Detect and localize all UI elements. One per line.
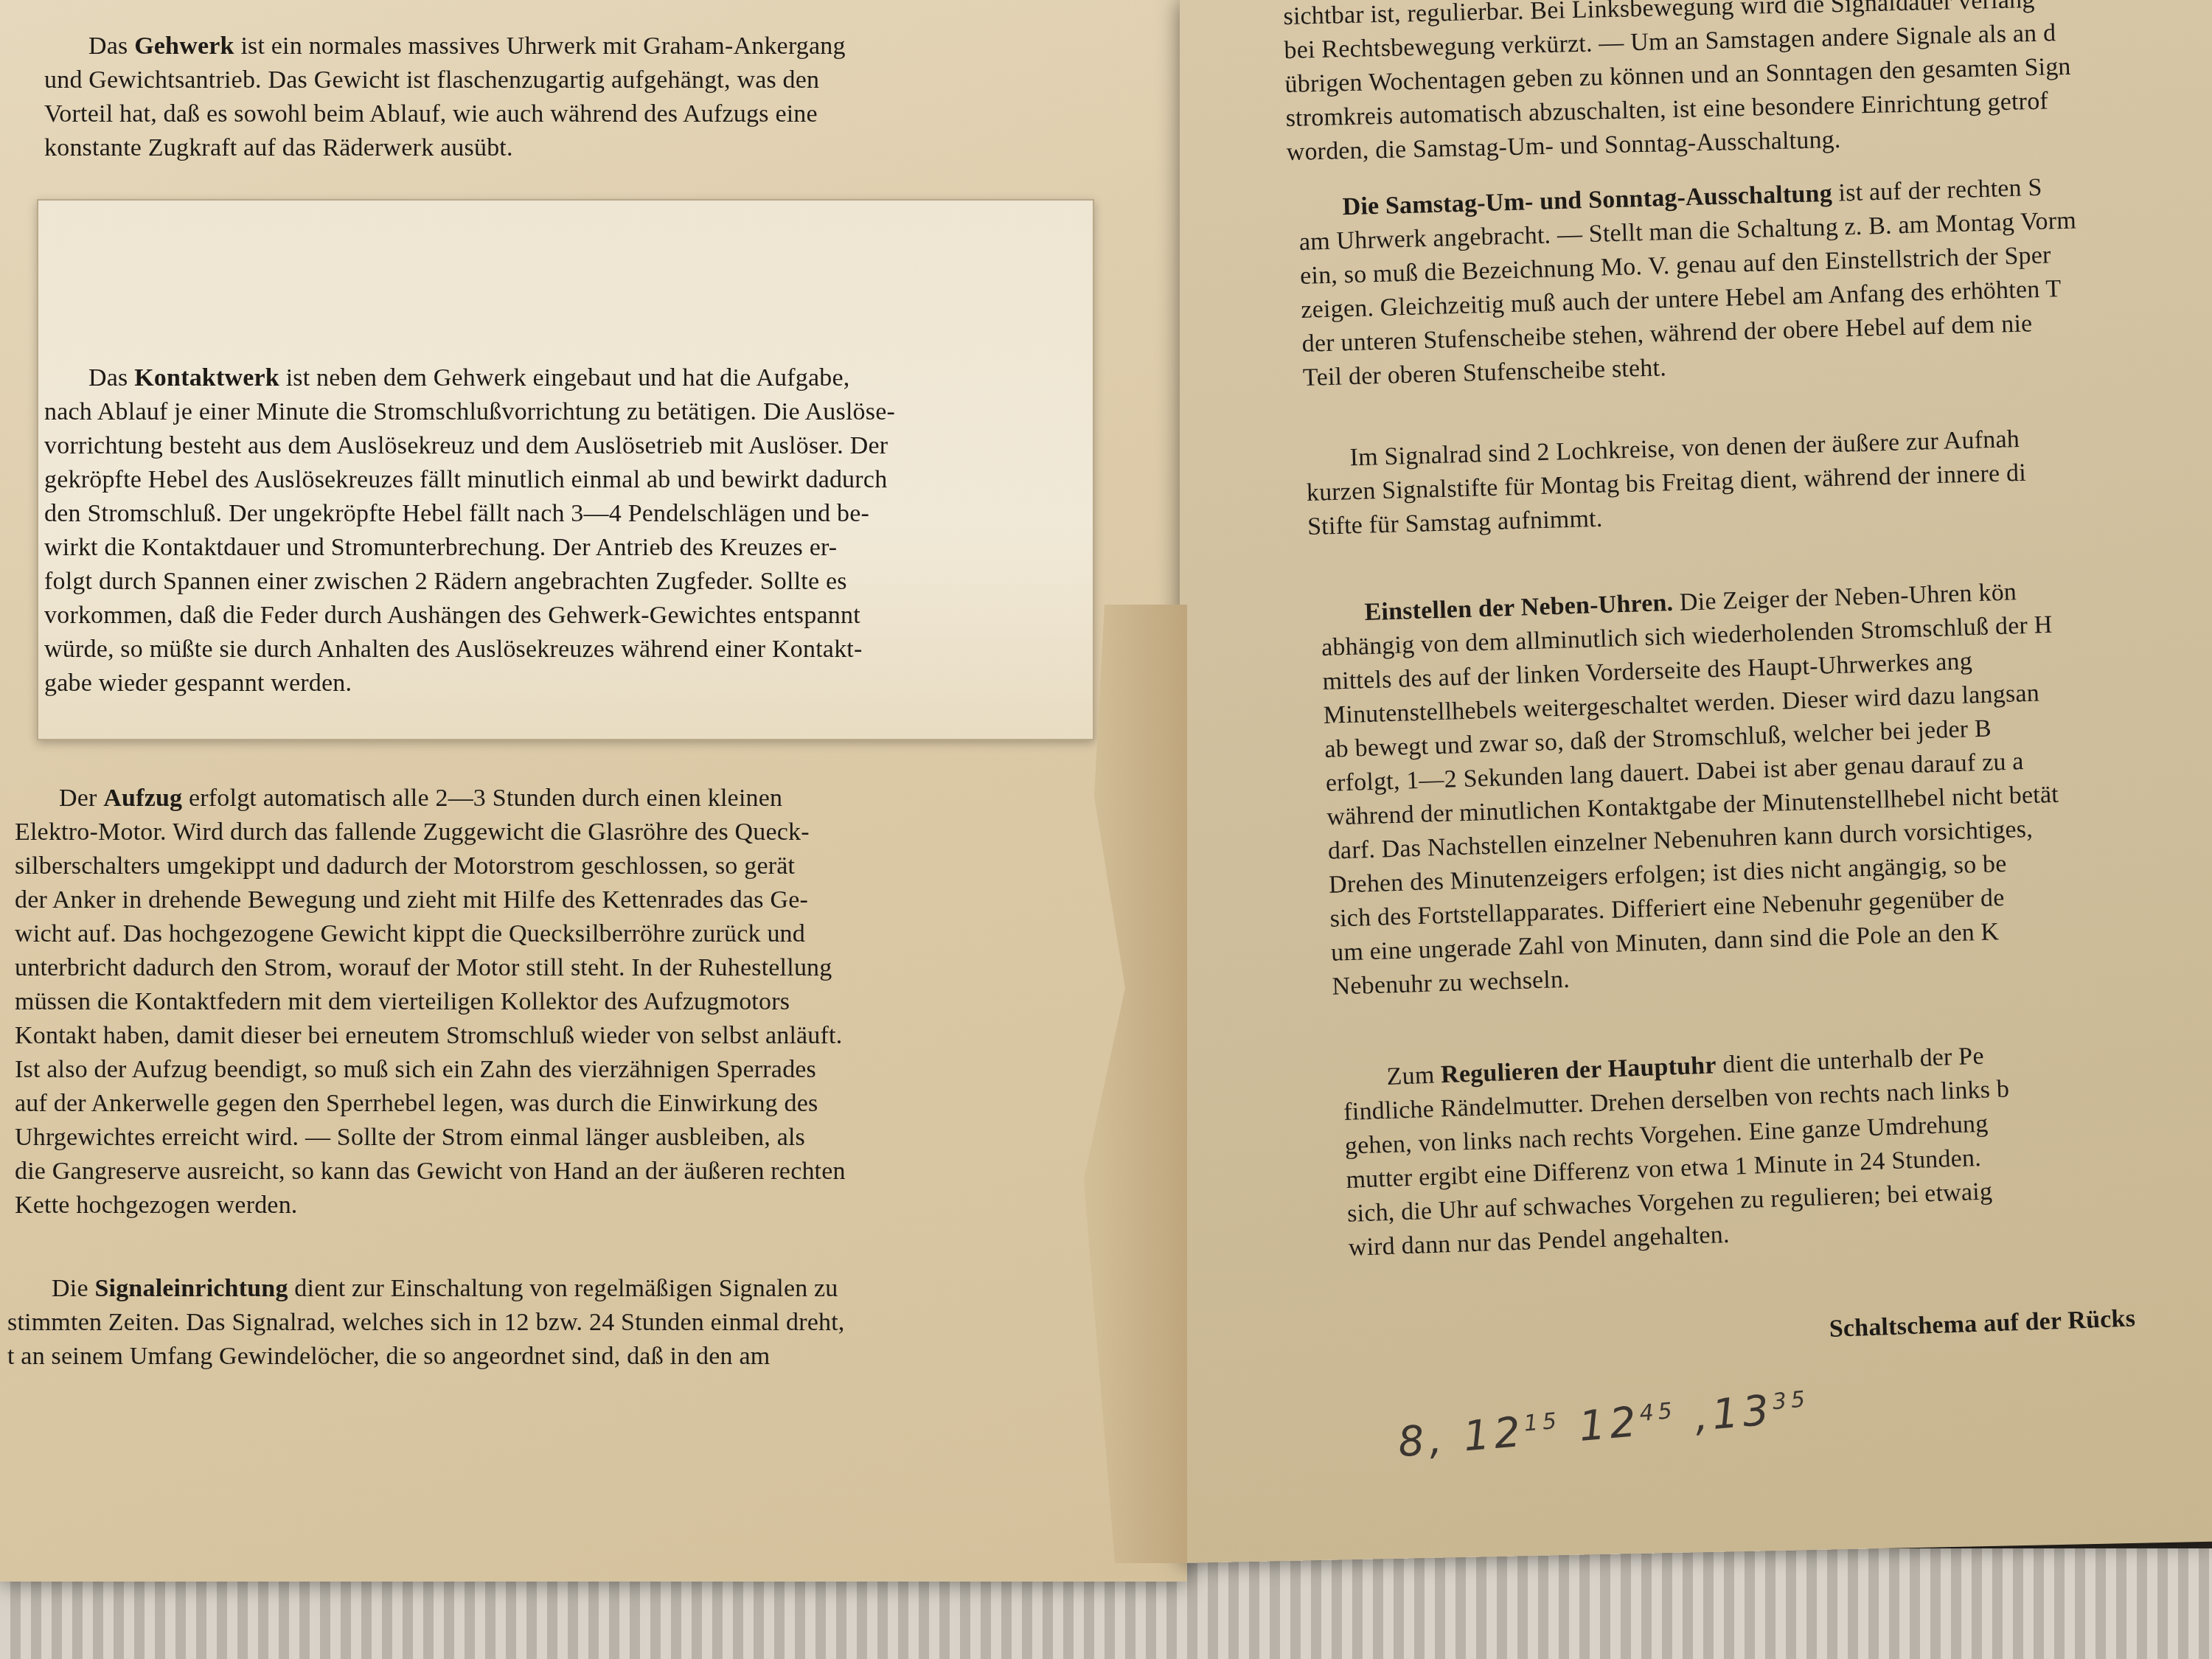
- text-line: vorkommen, daß die Feder durch Aushängen…: [44, 599, 1062, 633]
- paragraph-kontaktwerk: Das Kontaktwerk ist neben dem Gehwerk ei…: [44, 361, 1062, 700]
- text-line: den Stromschluß. Der ungekröpfte Hebel f…: [44, 497, 1062, 531]
- text-line: wicht auf. Das hochgezogene Gewicht kipp…: [15, 917, 1069, 951]
- text-line: und Gewichtsantrieb. Das Gewicht ist fla…: [44, 63, 1062, 97]
- text-line: nach Ablauf je einer Minute die Stromsch…: [44, 395, 1062, 429]
- text-line: auf der Ankerwelle gegen den Sperrhebel …: [15, 1087, 1069, 1121]
- text-line: folgt durch Spannen einer zwischen 2 Räd…: [44, 565, 1062, 599]
- text-line: gabe wieder gespannt werden.: [44, 667, 1062, 700]
- paragraph-regulieren: Zum Regulieren der Hauptuhr dient die un…: [1342, 1032, 2212, 1265]
- text-line: Kontakt haben, damit dieser bei erneutem…: [15, 1019, 1069, 1053]
- text-line: gekröpfte Hebel des Auslösekreuzes fällt…: [44, 463, 1062, 497]
- paragraph-signaldauer: sichtbar ist, regulierbar. Bei Linksbewe…: [1283, 0, 2212, 170]
- text-line: Uhrgewichtes erreicht wird. — Sollte der…: [15, 1121, 1069, 1155]
- text-line: wirkt die Kontaktdauer und Stromunterbre…: [44, 531, 1062, 565]
- text-line: Vorteil hat, daß es sowohl beim Ablauf, …: [44, 97, 1062, 131]
- text-line: Die Signaleinrichtung dient zur Einschal…: [7, 1272, 1069, 1306]
- text-line: würde, so müßte sie durch Anhalten des A…: [44, 633, 1062, 667]
- text-line: Der Aufzug erfolgt automatisch alle 2—3 …: [15, 782, 1069, 815]
- text-line: t an seinem Umfang Gewindelöcher, die so…: [7, 1340, 1069, 1374]
- text-line: silberschalters umgekippt und dadurch de…: [15, 849, 1069, 883]
- text-line: unterbricht dadurch den Strom, worauf de…: [15, 951, 1069, 985]
- text-line: der Anker in drehende Bewegung und zieht…: [15, 883, 1069, 917]
- paragraph-gehwerk: Das Gehwerk ist ein normales massives Uh…: [44, 29, 1062, 165]
- paragraph-neben-uhren: Einstellen der Neben-Uhren. Die Zeiger d…: [1320, 569, 2212, 1004]
- text-line: müssen die Kontaktfedern mit dem viertei…: [15, 985, 1069, 1019]
- paragraph-samstag-ausschaltung: Die Samstag-Um- und Sonntag-Ausschaltung…: [1298, 166, 2212, 395]
- text-line: Das Kontaktwerk ist neben dem Gehwerk ei…: [44, 361, 1062, 395]
- text-line: Elektro-Motor. Wird durch das fallende Z…: [15, 815, 1069, 849]
- text-line: stimmten Zeiten. Das Signalrad, welches …: [7, 1306, 1069, 1340]
- text-line: Ist also der Aufzug beendigt, so muß sic…: [15, 1053, 1069, 1087]
- text-line: Das Gehwerk ist ein normales massives Uh…: [44, 29, 1062, 63]
- text-line: vorrichtung besteht aus dem Auslösekreuz…: [44, 429, 1062, 463]
- paragraph-signaleinrichtung: Die Signaleinrichtung dient zur Einschal…: [7, 1272, 1069, 1374]
- paragraph-aufzug: Der Aufzug erfolgt automatisch alle 2—3 …: [15, 782, 1069, 1222]
- text-line: konstante Zugkraft auf das Räderwerk aus…: [44, 131, 1062, 165]
- text-line: Kette hochgezogen werden.: [15, 1189, 1069, 1222]
- text-line: die Gangreserve ausreicht, so kann das G…: [15, 1155, 1069, 1189]
